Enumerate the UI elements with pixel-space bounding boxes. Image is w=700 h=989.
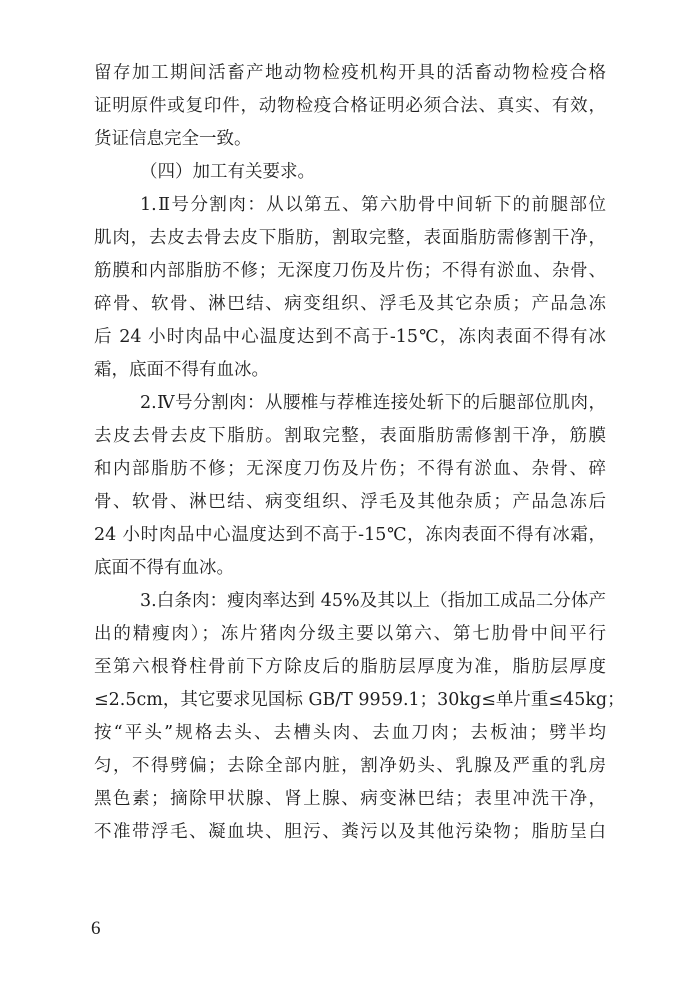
- text-line: 2.Ⅳ号分割肉：从腰椎与荐椎连接处斩下的后腿部位肌肉，: [94, 387, 606, 420]
- text-line: 3.白条肉：瘦肉率达到 45%及其以上（指加工成品二分体产: [94, 585, 606, 618]
- text-line: ≤2.5cm，其它要求见国标 GB/T 9959.1；30kg≤单片重≤45kg…: [94, 684, 606, 717]
- text-line: 24 小时肉品中心温度达到不高于-15℃，冻肉表面不得有冰霜，: [94, 519, 606, 552]
- text-line: 出的精瘦肉）；冻片猪肉分级主要以第六、第七肋骨中间平行: [94, 618, 606, 651]
- text-line: 至第六根脊柱骨前下方除皮后的脂肪层厚度为准，脂肪层厚度: [94, 651, 606, 684]
- text-line: 肌肉，去皮去骨去皮下脂肪，割取完整，表面脂肪需修割干净，: [94, 222, 606, 255]
- text-line: 黑色素；摘除甲状腺、肾上腺、病变淋巴结；表里冲洗干净，: [94, 783, 606, 816]
- text-line: 匀，不得劈偏；去除全部内脏，割净奶头、乳腺及严重的乳房: [94, 750, 606, 783]
- page-number: 6: [91, 918, 101, 940]
- text-line: 底面不得有血冰。: [94, 552, 606, 585]
- text-line: 留存加工期间活畜产地动物检疫机构开具的活畜动物检疫合格: [94, 57, 606, 90]
- text-line: 1.Ⅱ号分割肉：从以第五、第六肋骨中间斩下的前腿部位: [94, 189, 606, 222]
- text-line: 碎骨、软骨、淋巴结、病变组织、浮毛及其它杂质；产品急冻: [94, 288, 606, 321]
- document-page: 留存加工期间活畜产地动物检疫机构开具的活畜动物检疫合格证明原件或复印件，动物检疫…: [0, 0, 700, 989]
- text-line: 骨、软骨、淋巴结、病变组织、浮毛及其他杂质；产品急冻后: [94, 486, 606, 519]
- text-line: 后 24 小时肉品中心温度达到不高于-15℃，冻肉表面不得有冰: [94, 321, 606, 354]
- text-line: 不准带浮毛、凝血块、胆污、粪污以及其他污染物；脂肪呈白: [94, 816, 606, 849]
- text-line: 和内部脂肪不修；无深度刀伤及片伤；不得有淤血、杂骨、碎: [94, 453, 606, 486]
- text-line: 去皮去骨去皮下脂肪。割取完整，表面脂肪需修割干净，筋膜: [94, 420, 606, 453]
- text-line: 霜，底面不得有血冰。: [94, 354, 606, 387]
- text-line: 按“平头”规格去头、去槽头肉、去血刀肉；去板油；劈半均: [94, 717, 606, 750]
- document-body: 留存加工期间活畜产地动物检疫机构开具的活畜动物检疫合格证明原件或复印件，动物检疫…: [94, 57, 606, 849]
- text-line: 证明原件或复印件，动物检疫合格证明必须合法、真实、有效，: [94, 90, 606, 123]
- text-line: 筋膜和内部脂肪不修；无深度刀伤及片伤；不得有淤血、杂骨、: [94, 255, 606, 288]
- text-line: 货证信息完全一致。: [94, 123, 606, 156]
- text-line: （四）加工有关要求。: [94, 156, 606, 189]
